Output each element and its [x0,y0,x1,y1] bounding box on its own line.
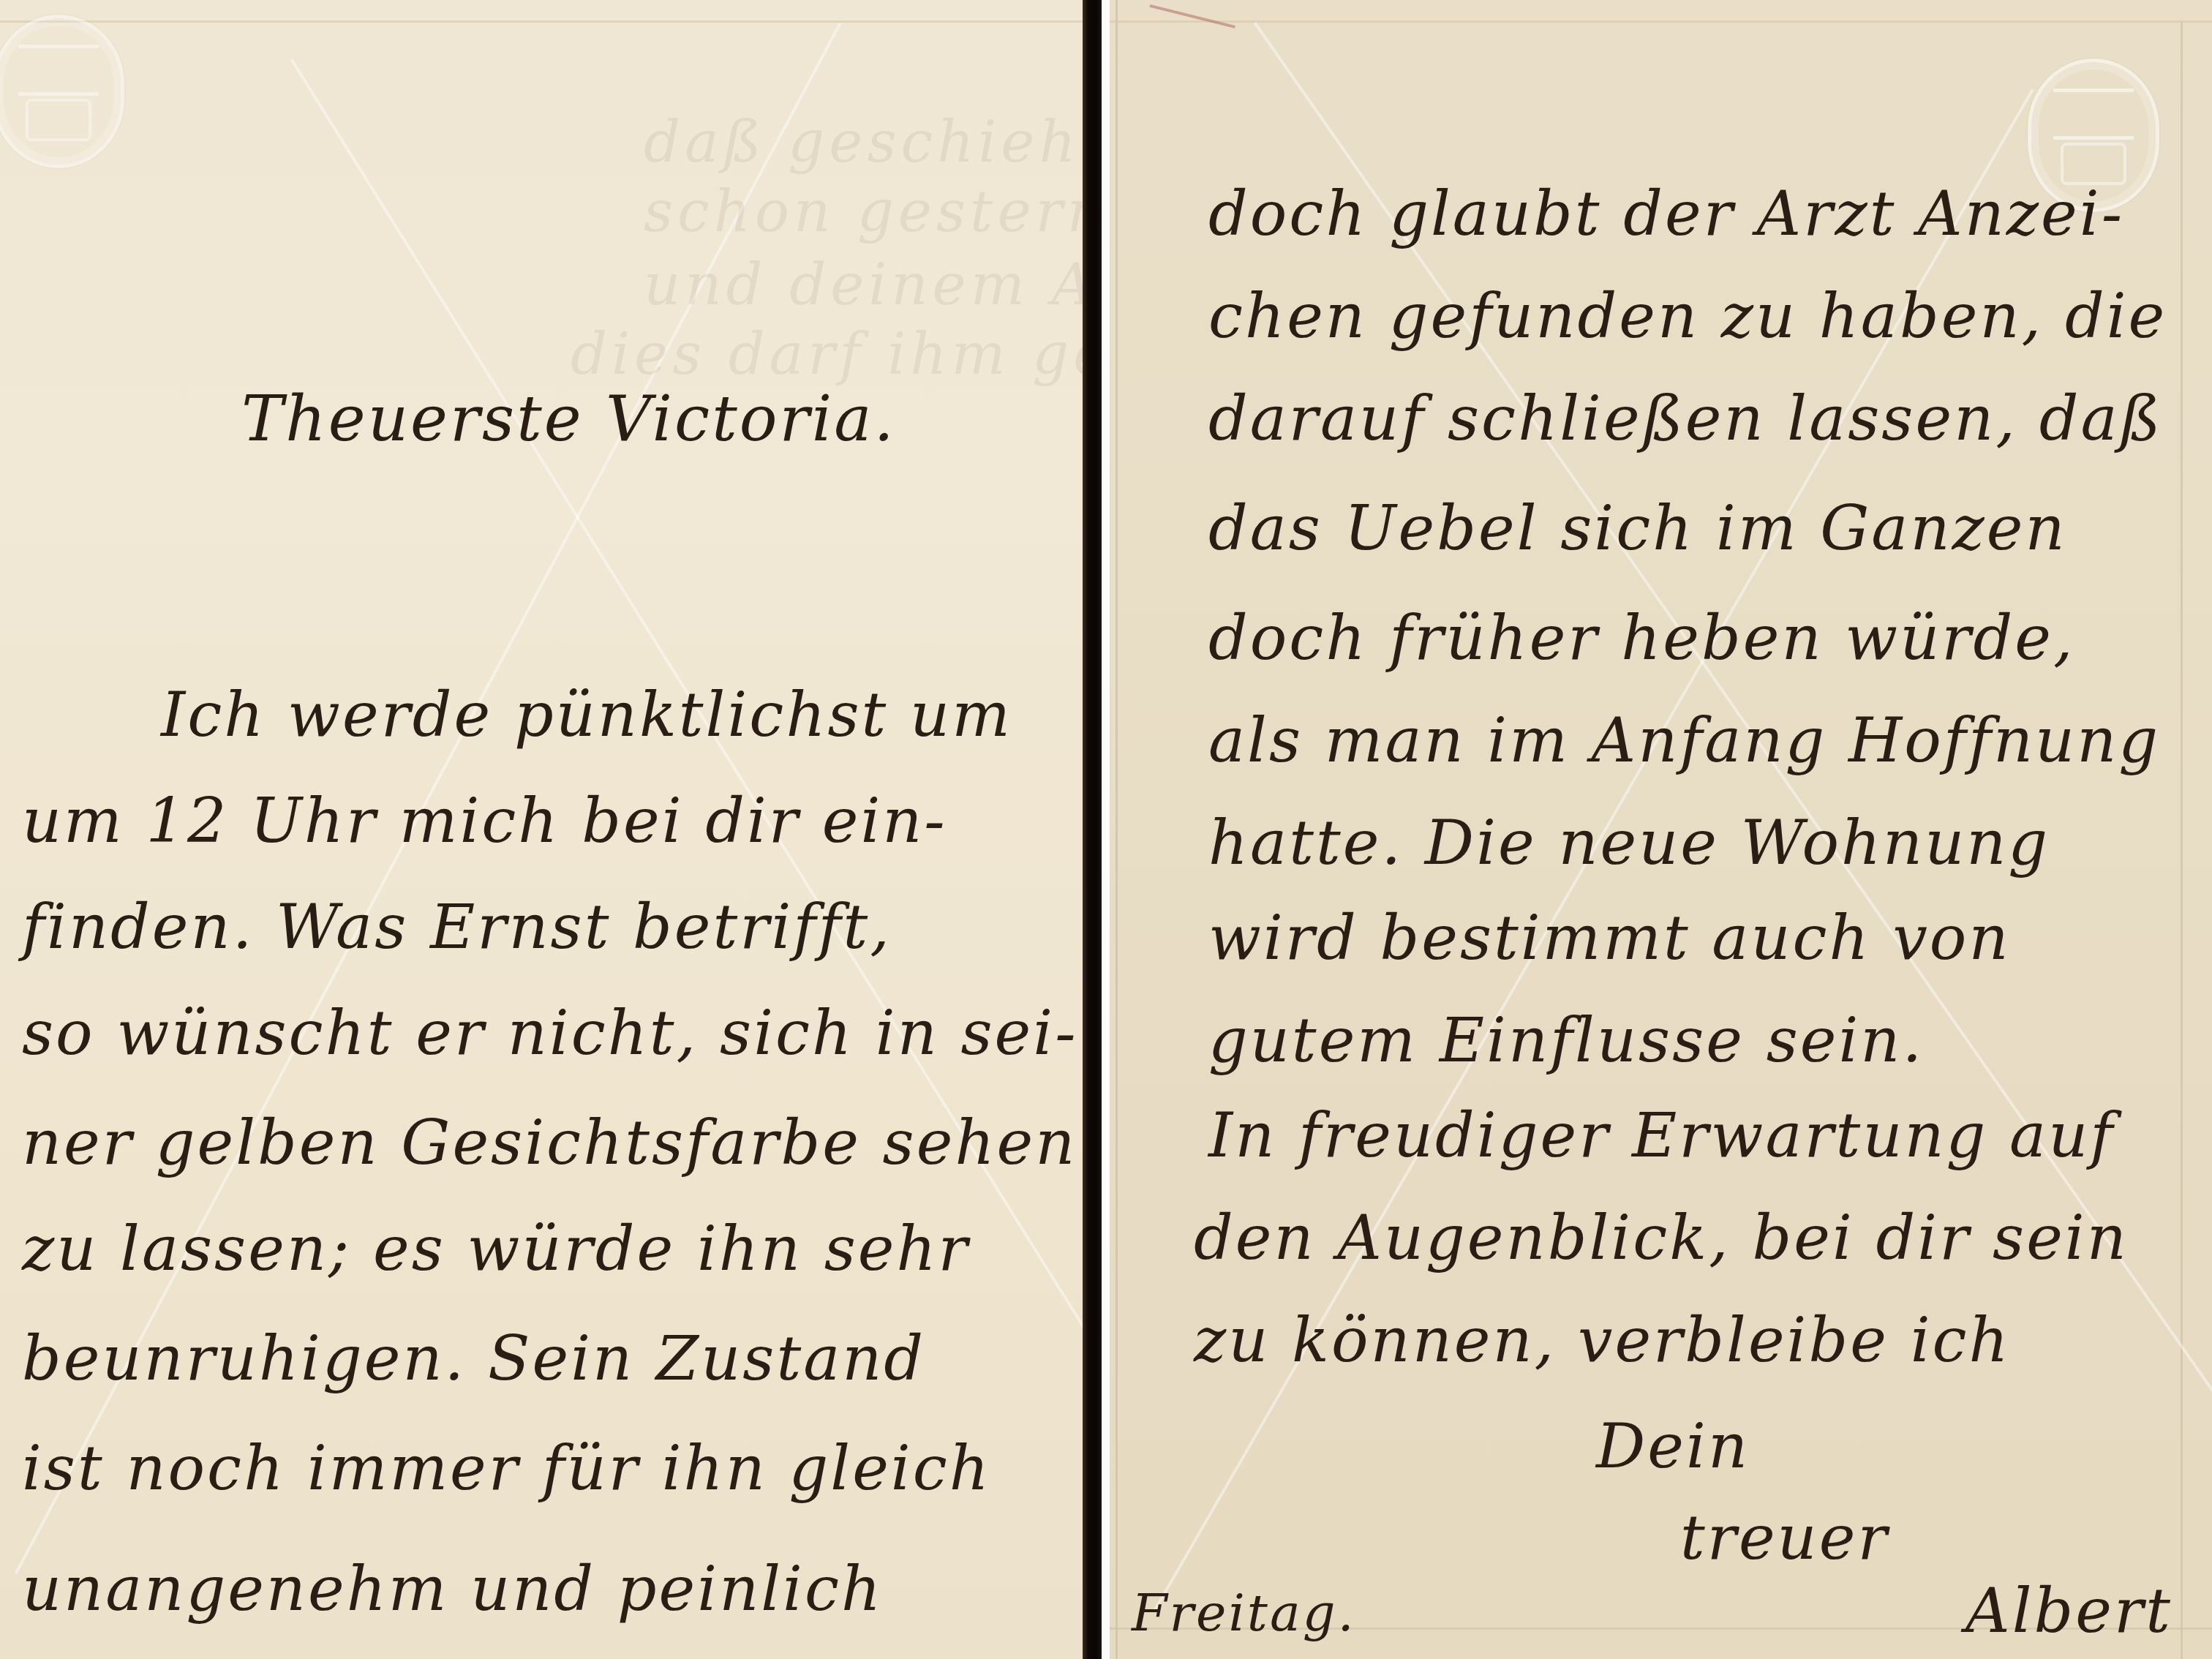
letter-line: gutem Einflusse sein. [1208,1009,1924,1071]
letter-line: hatte. Die neue Wohnung [1208,812,2050,873]
page-top-edge [0,20,1083,23]
bleed-through-text: daß geschieht dieses mal schon [644,110,1083,176]
letter-line: beunruhigen. Sein Zustand [22,1328,925,1389]
letter-line: zu lassen; es würde ihn sehr [22,1218,970,1279]
letter-line: unangenehm und peinlich [22,1558,883,1619]
letter-line: ist noch immer für ihn gleich [22,1437,991,1499]
embossed-crest-icon [0,15,124,168]
left-page: daß geschieht dieses mal schon schon ges… [0,0,1083,1659]
letter-line: so wünscht er nicht, sich in sei- [22,1002,1078,1064]
letter-line: um 12 Uhr mich bei dir ein- [22,790,947,851]
letter-line: doch früher heben würde, [1208,607,2075,669]
letter-line: den Augenblick, bei dir sein [1194,1207,2129,1268]
letter-line: darauf schließen lassen, daß [1208,388,2163,449]
letter-line: als man im Anfang Hoffnung [1208,710,2160,771]
salutation: Theuerste Victoria. [241,388,896,451]
right-page: doch glaubt der Arzt Anzei- chen gefunde… [1110,0,2212,1659]
signature: Albert [1965,1580,2172,1641]
gutter-gap [1102,0,1110,1659]
letter-line: zu können, verbleibe ich [1194,1309,2011,1371]
letter-line: finden. Was Ernst betrifft, [22,896,892,958]
letter-spread: daß geschieht dieses mal schon schon ges… [0,0,2212,1659]
bleed-through-text: schon gestern zu gebrauchen [644,179,1083,245]
letter-line: chen gefunden zu haben, die [1208,285,2167,347]
closing-line: treuer [1680,1507,1889,1568]
page-inner-edge [1116,0,1118,1659]
date-line: Freitag. [1132,1587,1356,1639]
bleed-through-text: und deinem Arzt davon [644,252,1083,318]
page-right-edge [2181,22,2183,1659]
book-gutter [1083,0,1102,1659]
red-mark [1145,4,1235,47]
letter-line: doch glaubt der Arzt Anzei- [1208,183,2124,244]
letter-line: In freudiger Erwartung auf [1208,1105,2115,1166]
letter-line: wird bestimmt auch von [1208,907,2011,968]
letter-line: ner gelben Gesichtsfarbe sehen [22,1112,1077,1173]
closing-line: Dein [1596,1415,1750,1477]
bleed-through-text: dies darf ihm gesagt werden [571,322,1083,388]
letter-line: das Uebel sich im Ganzen [1208,497,2067,559]
page-top-edge [1110,20,2212,23]
letter-line: Ich werde pünktlichst um [161,684,1012,745]
